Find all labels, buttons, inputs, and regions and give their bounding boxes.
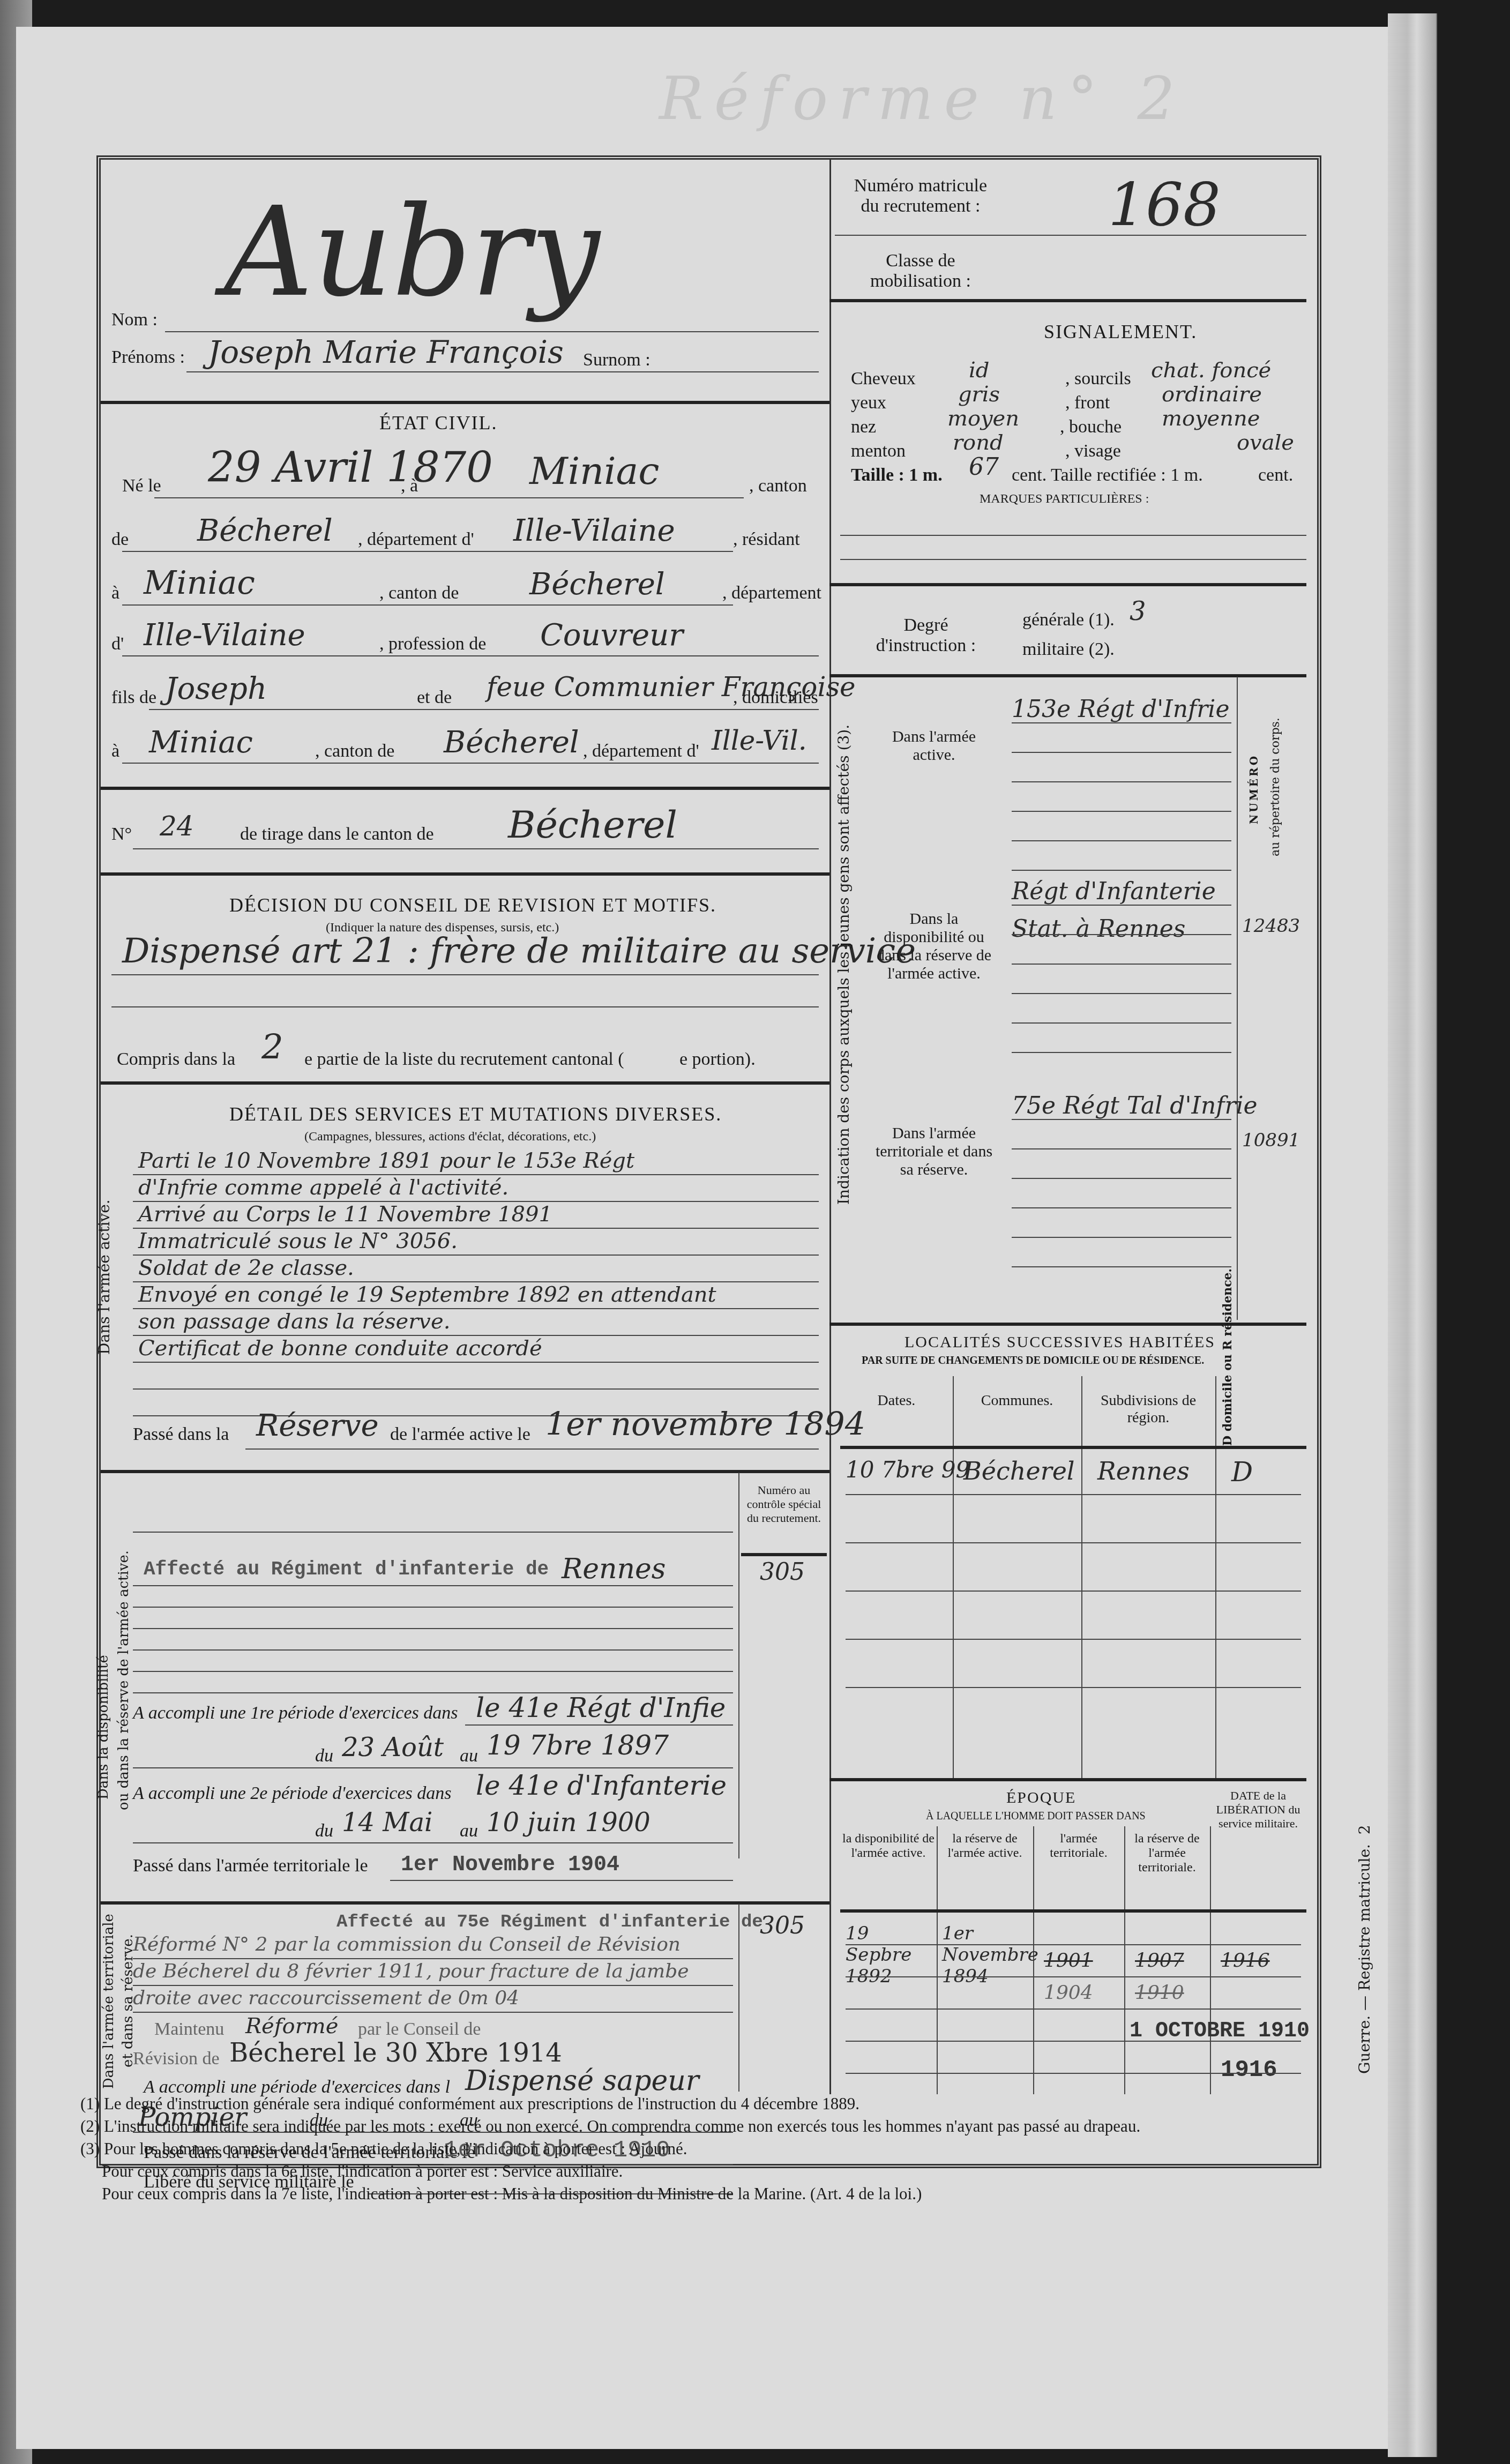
passe-reserve-value: Réserve: [256, 1408, 379, 1443]
epoque-column-header: la disponibilité de l'armée active.: [840, 1832, 937, 1861]
corps-numero: 12483: [1242, 915, 1300, 937]
epoque-column-header: l'armée territoriale.: [1033, 1832, 1124, 1861]
decision-value: Dispensé art 21 : frère de militaire au …: [122, 931, 916, 971]
page-stack-edge: [1388, 13, 1437, 2457]
periode1-du: 23 Août: [342, 1733, 444, 1763]
localite-commune: Bécherel: [963, 1457, 1075, 1485]
epoque-stamp-liberation: 1916: [1221, 2057, 1277, 2084]
numero-matricule-label: Numéro matricule du recrutement :: [846, 176, 996, 216]
territoriale-affecte-stamp: Affecté au 75e Régiment d'infanterie de: [337, 1912, 763, 1932]
numero-controle-value: 305: [760, 1558, 805, 1586]
degre-instruction-label: Degré d'instruction :: [862, 615, 990, 656]
territoriale-date: 1er Novembre 1904: [401, 1853, 619, 1877]
corps-entry: Régt d'Infanterie: [1012, 878, 1216, 905]
footnote-4: Pour ceux compris dans la 6e liste, l'in…: [80, 2160, 1302, 2183]
periode1-au: 19 7bre 1897: [487, 1730, 669, 1761]
territoriale-numero: 305: [760, 1912, 805, 1939]
service-line: Arrivé au Corps le 11 Novembre 1891: [138, 1202, 552, 1227]
territoriale-periode-value: Dispensé sapeur: [465, 2065, 699, 2097]
residence-canton: Bécherel: [529, 567, 665, 602]
epoque-reserve-territoriale-struck: 1907: [1135, 1950, 1184, 1972]
date-naissance: 29 Avril 1870: [208, 444, 493, 492]
numero-controle-header: Numéro au contrôle spécial du recrutemen…: [741, 1483, 827, 1525]
surnom-label: Surnom :: [583, 350, 651, 370]
periode2-au: 10 juin 1900: [487, 1808, 651, 1838]
column-divider: [829, 160, 831, 2094]
service-line: Envoyé en congé le 19 Septembre 1892 en …: [138, 1282, 716, 1307]
epoque-column-header: la réserve de l'armée territoriale.: [1124, 1832, 1210, 1875]
territoriale-line: de Bécherel du 8 février 1911, pour frac…: [133, 1960, 689, 1982]
prenoms-label: Prénoms :: [111, 347, 185, 368]
footnote-1: (1) Le degré d'instruction générale sera…: [80, 2093, 1302, 2115]
corps-numero: 10891: [1242, 1130, 1300, 1151]
visage-value: ovale: [1237, 430, 1294, 455]
taille-value: 67: [969, 453, 999, 481]
localite-date: 10 7bre 99: [846, 1457, 970, 1483]
corps-section-label: Dans l'armée territoriale et dans sa rés…: [872, 1124, 996, 1179]
lieu-naissance: Miniac: [529, 449, 659, 493]
epoque-stamp-reserve: 1 OCTOBRE 1910: [1130, 2019, 1310, 2043]
front-value: ordinaire: [1162, 382, 1262, 407]
corps-entry: 75e Régt Tal d'Infrie: [1012, 1092, 1258, 1119]
residence: Miniac: [144, 564, 255, 602]
localite-subdivision: Rennes: [1097, 1457, 1190, 1485]
territoriale-line: droite avec raccourcissement de 0m 04: [133, 1987, 519, 2009]
nom-label: Nom :: [111, 310, 158, 330]
footnotes: (1) Le degré d'instruction générale sera…: [80, 2093, 1302, 2205]
residence-departement: Ille-Vilaine: [144, 618, 305, 653]
maintenu-value: Réformé: [245, 2014, 338, 2039]
localite-dr: D: [1231, 1457, 1253, 1488]
menton-value: rond: [953, 430, 1004, 455]
affecte-stamp: Affecté au Régiment d'infanterie de: [144, 1558, 549, 1580]
footnote-5: Pour ceux compris dans la 7e liste, l'in…: [80, 2183, 1302, 2205]
epoque-reserve-active: 1er Novembre 1894: [942, 1923, 1033, 1987]
numero-tirage: 24: [160, 811, 194, 842]
sourcils-value: chat. foncé: [1151, 358, 1271, 383]
departement-naissance: Ille-Vilaine: [513, 513, 675, 548]
localites-column-header: D domicile ou R résidence.: [1221, 1268, 1235, 1446]
periode1-value: le 41e Régt d'Infie: [476, 1692, 726, 1723]
faint-margin-note: Réforme n° 2: [659, 64, 1186, 133]
canton-tirage: Bécherel: [508, 803, 677, 847]
epoque-column-header: la réserve de l'armée active.: [937, 1832, 1033, 1861]
classe-mobilisation-label: Classe de mobilisation :: [846, 251, 996, 292]
epoque-liberation-struck: 1916: [1221, 1950, 1270, 1972]
corps-entry: 153e Régt d'Infrie: [1012, 696, 1229, 723]
affecte-value: Rennes: [562, 1553, 666, 1585]
service-line: son passage dans la réserve.: [138, 1309, 450, 1334]
service-line: Certificat de bonne conduite accordé: [138, 1336, 542, 1361]
territoriale-line: Réformé N° 2 par la commission du Consei…: [133, 1933, 681, 1955]
corps-section-label: Dans l'armée active.: [872, 728, 996, 764]
matricule-form: Nom : Aubry Prénoms : Joseph Marie Franç…: [96, 155, 1321, 2168]
register-side-label: Guerre. — Registre matricule. 2: [1356, 1825, 1373, 2074]
cheveux-value: id: [969, 358, 989, 383]
service-line: Parti le 10 Novembre 1891 pour le 153e R…: [138, 1148, 634, 1173]
epoque-territoriale: 1904: [1044, 1982, 1093, 2004]
services-title: DÉTAIL DES SERVICES ET MUTATIONS DIVERSE…: [229, 1103, 722, 1125]
decision-title: DÉCISION DU CONSEIL DE REVISION ET MOTIF…: [229, 894, 716, 916]
footnote-2: (2) L'instruction militaire sera indiqué…: [80, 2115, 1302, 2138]
domicile-canton: Bécherel: [444, 725, 579, 760]
instruction-generale: 3: [1130, 596, 1146, 626]
nom-value: Aubry: [224, 181, 600, 324]
pere: Joseph: [165, 671, 267, 706]
epoque-title: ÉPOQUE: [1006, 1789, 1076, 1807]
localites-column-header: Communes.: [953, 1392, 1081, 1409]
numero-matricule-value: 168: [1108, 170, 1221, 239]
compris-partie: 2: [261, 1028, 283, 1067]
etat-civil-title: ÉTAT CIVIL.: [379, 412, 497, 434]
canton-naissance: Bécherel: [197, 513, 333, 548]
periode2-value: le 41e d'Infanterie: [476, 1770, 727, 1801]
yeux-value: gris: [958, 382, 1000, 407]
footnote-3: (3) Pour les hommes compris dans la 5e p…: [80, 2138, 1302, 2160]
corps-entry: Stat. à Rennes: [1012, 915, 1185, 943]
localites-title: LOCALITÉS SUCCESSIVES HABITÉES: [904, 1333, 1215, 1352]
revision-value: Bécherel le 30 Xbre 1914: [229, 2038, 562, 2068]
profession: Couvreur: [540, 618, 683, 653]
passe-reserve-date: 1er novembre 1894: [545, 1406, 865, 1443]
service-line: Immatriculé sous le N° 3056.: [138, 1229, 458, 1253]
periode2-du: 14 Mai: [342, 1808, 432, 1838]
domicile-departement: Ille-Vil.: [712, 725, 807, 756]
service-line: Soldat de 2e classe.: [138, 1256, 354, 1280]
date-liberation-header: DATE de la LIBÉRATION du service militai…: [1215, 1789, 1301, 1831]
localites-column-header: Dates.: [840, 1392, 953, 1409]
nez-value: moyen: [947, 406, 1019, 431]
prenoms-value: Joseph Marie François: [208, 334, 564, 370]
service-line: d'Infrie comme appelé à l'activité.: [138, 1175, 509, 1200]
bouche-value: moyenne: [1162, 406, 1260, 431]
epoque-disponibilite: 19 Sepbre 1892: [846, 1923, 937, 1987]
corps-section-label: Dans la disponibilité ou dans la réserve…: [872, 910, 996, 983]
signalement-title: SIGNALEMENT.: [1044, 320, 1197, 343]
domicile: Miniac: [149, 725, 253, 760]
epoque-reserve-territoriale: 1910: [1135, 1982, 1184, 2004]
epoque-territoriale-struck: 1901: [1044, 1950, 1093, 1972]
localites-column-header: Subdivisions de région.: [1081, 1392, 1215, 1427]
ne-le-label: Né le: [122, 476, 161, 496]
